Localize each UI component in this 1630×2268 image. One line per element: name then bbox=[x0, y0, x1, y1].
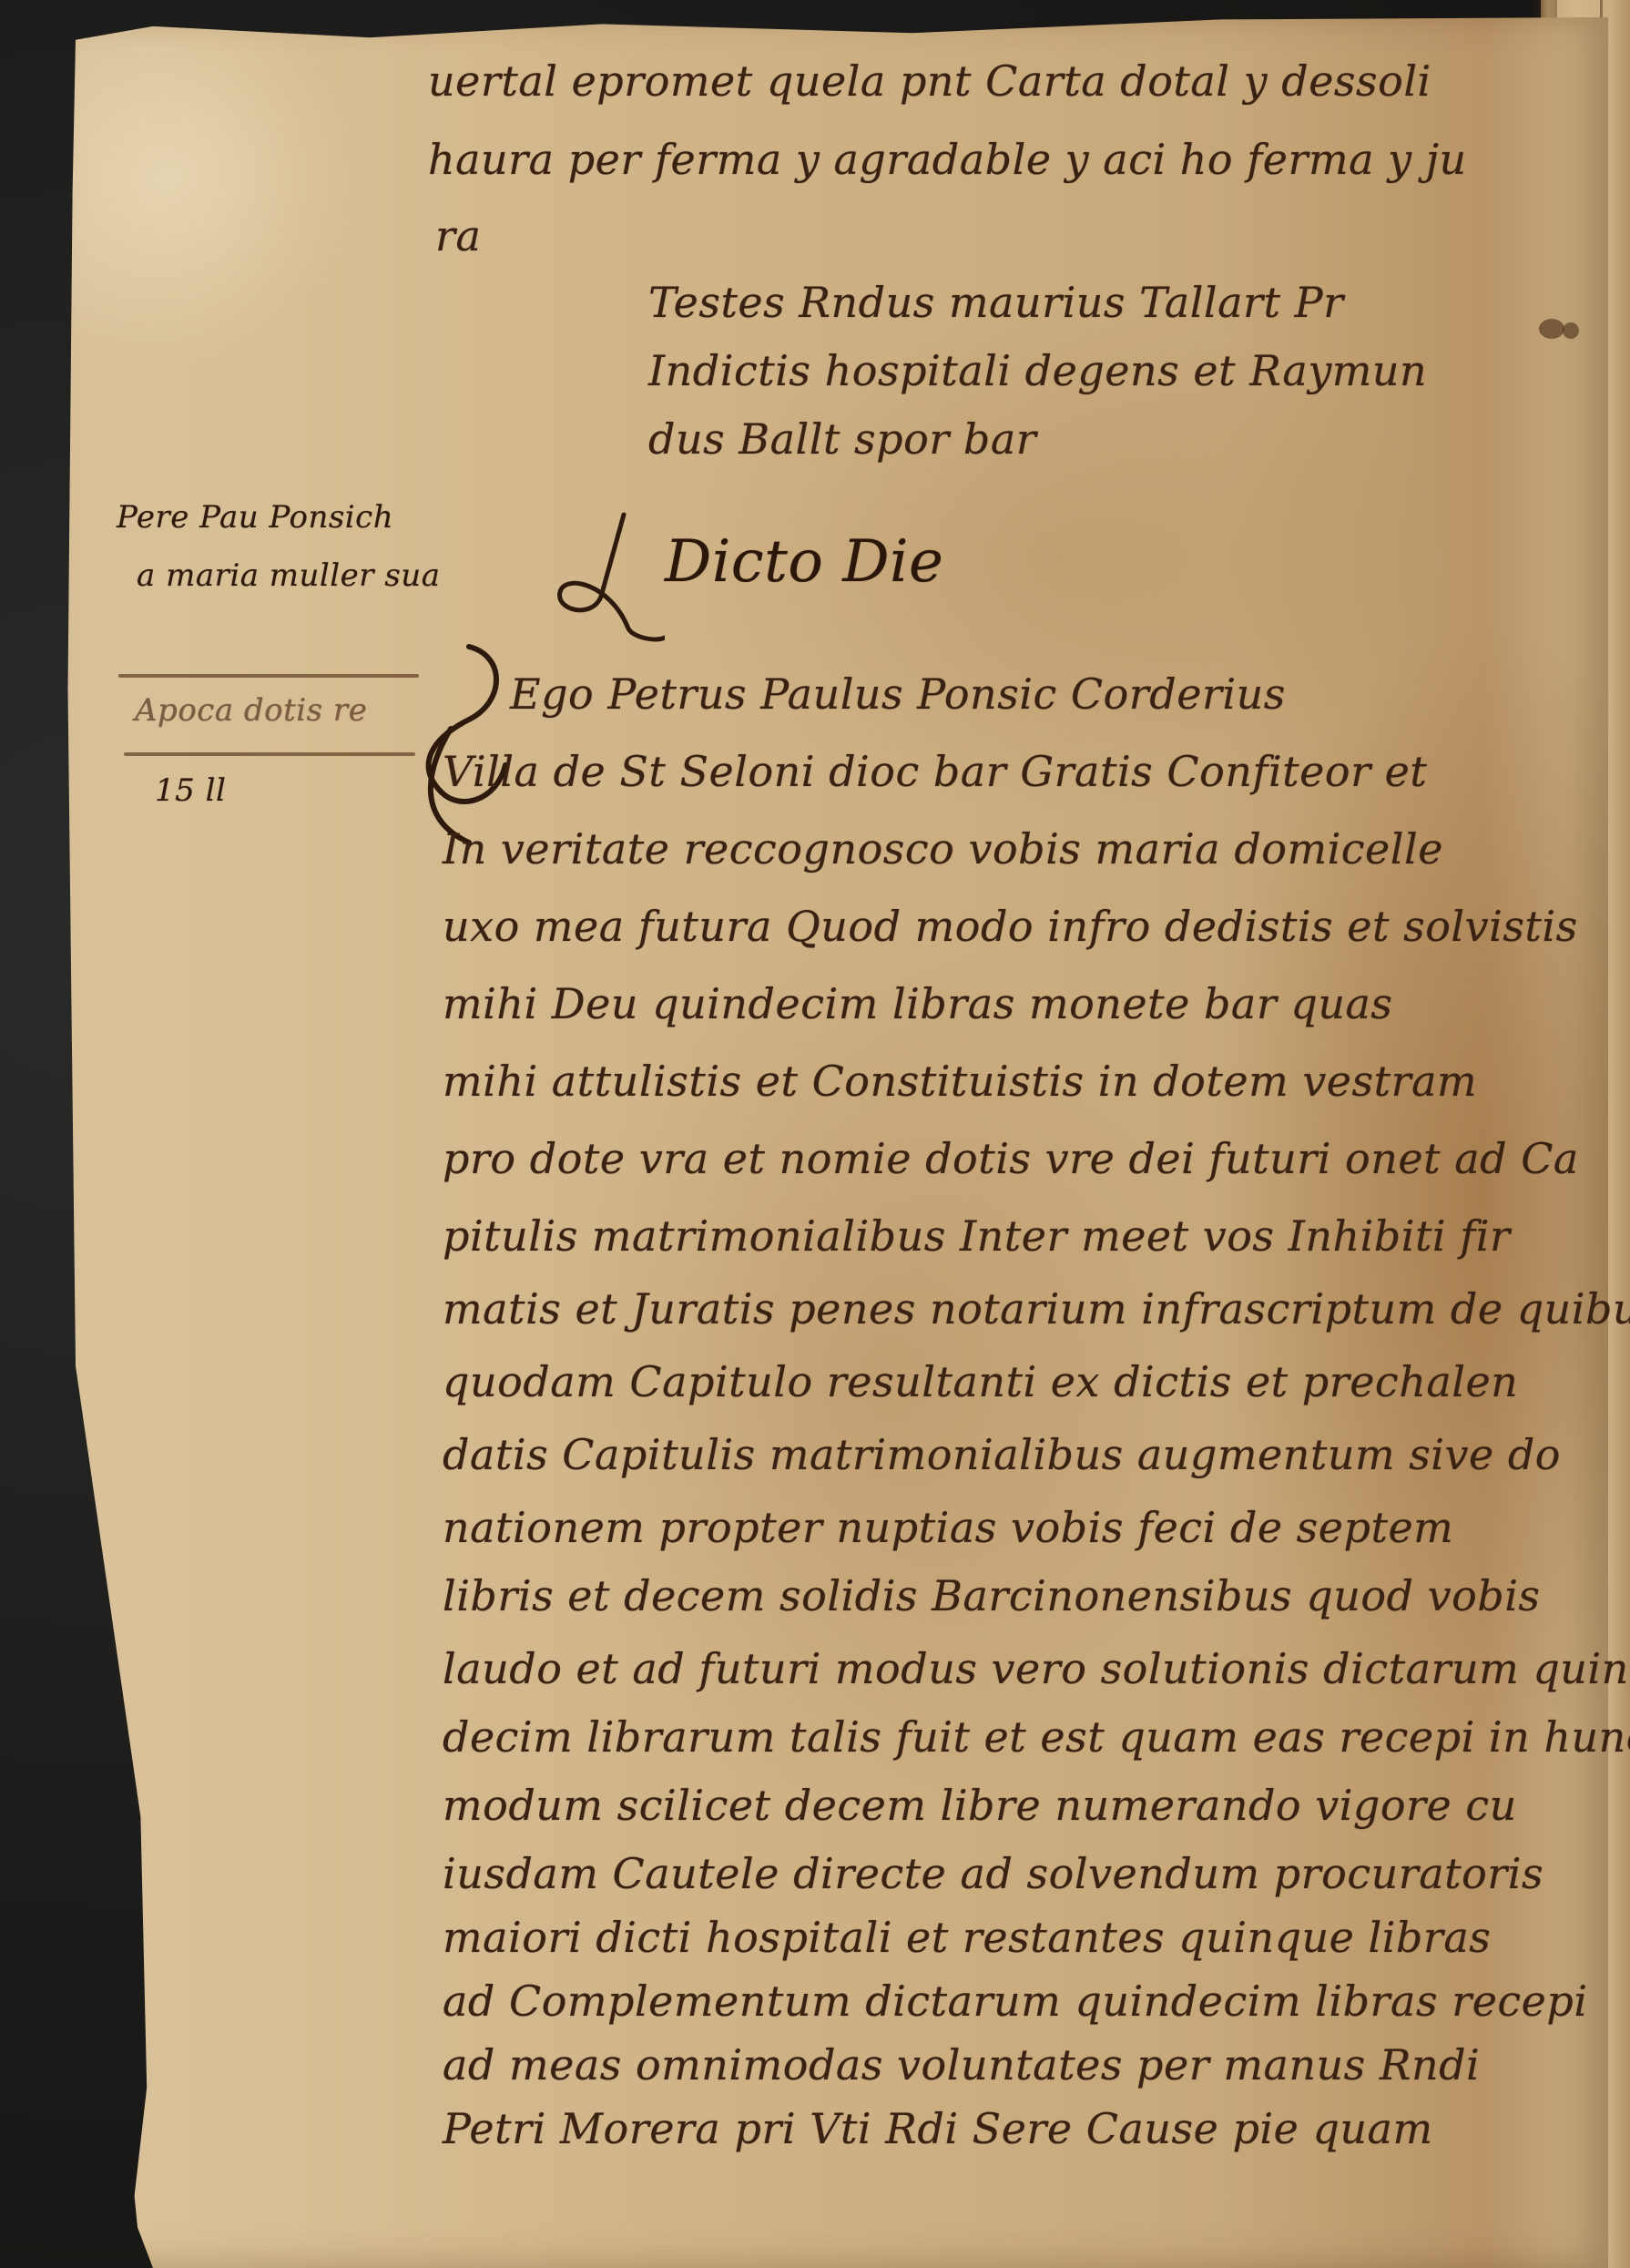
body-line-19: ad Complementum dictarum quindecim libra… bbox=[443, 1977, 1588, 2026]
body-line-6: mihi attulistis et Constituistis in dote… bbox=[443, 1057, 1477, 1106]
body-line-5: mihi Deu quindecim libras monete bar qua… bbox=[443, 979, 1393, 1028]
body-line-12: nationem propter nuptias vobis feci de s… bbox=[443, 1503, 1453, 1552]
ink-blot bbox=[1563, 322, 1579, 339]
body-line-1: Ego Petrus Paulus Ponsic Corderius bbox=[510, 669, 1286, 719]
margin-amount-note: 15 ll bbox=[155, 772, 226, 809]
body-line-20: ad meas omnimodas voluntates per manus R… bbox=[443, 2040, 1480, 2089]
initial-letter-flourish-icon bbox=[414, 638, 514, 847]
body-line-17: iusdam Cautele directe ad solvendum proc… bbox=[443, 1849, 1543, 1898]
margin-name-line-1: Pere Pau Ponsich bbox=[117, 499, 393, 536]
margin-title-note: Apoca dotis re bbox=[135, 692, 367, 729]
witness-line-3: dus Ballt spor bar bbox=[648, 414, 1036, 464]
body-line-4: uxo mea futura Quod modo infro dedistis … bbox=[443, 902, 1578, 951]
witness-line-1: Testes Rndus maurius Tallart Pr bbox=[648, 278, 1344, 327]
body-line-10: quodam Capitulo resultanti ex dictis et … bbox=[443, 1357, 1518, 1406]
continuation-line-2: haura per ferma y agradable y aci ho fer… bbox=[428, 135, 1467, 184]
body-line-15: decim librarum talis fuit et est quam ea… bbox=[443, 1712, 1630, 1762]
witness-line-2: Indictis hospitali degens et Raymun bbox=[648, 346, 1427, 395]
continuation-line-3: ra bbox=[435, 211, 481, 261]
body-line-3: In veritate reccognosco vobis maria domi… bbox=[443, 824, 1443, 873]
body-line-8: pitulis matrimonialibus Inter meet vos I… bbox=[443, 1211, 1511, 1261]
body-line-14: laudo et ad futuri modus vero solutionis… bbox=[443, 1644, 1629, 1693]
ink-blot bbox=[1539, 319, 1564, 339]
body-line-2: Villa de St Seloni dioc bar Gratis Confi… bbox=[443, 747, 1427, 796]
margin-rule-bottom bbox=[124, 752, 415, 756]
body-line-21: Petri Morera pri Vti Rdi Sere Cause pie … bbox=[443, 2104, 1433, 2153]
heading-flourish-icon bbox=[537, 510, 665, 647]
margin-rule-top bbox=[118, 674, 419, 678]
body-line-11: datis Capitulis matrimonialibus augmentu… bbox=[443, 1430, 1561, 1479]
body-line-18: maiori dicti hospitali et restantes quin… bbox=[443, 1913, 1491, 1962]
body-line-7: pro dote vra et nomie dotis vre dei futu… bbox=[443, 1134, 1579, 1183]
entry-heading: Dicto Die bbox=[665, 528, 943, 596]
body-line-13: libris et decem solidis Barcinonensibus … bbox=[443, 1571, 1541, 1620]
margin-name-line-2: a maria muller sua bbox=[137, 557, 440, 594]
body-line-16: modum scilicet decem libre numerando vig… bbox=[443, 1781, 1517, 1830]
continuation-line-1: uertal epromet quela pnt Carta dotal y d… bbox=[428, 56, 1431, 106]
body-line-9: matis et Juratis penes notarium infrascr… bbox=[443, 1284, 1630, 1333]
